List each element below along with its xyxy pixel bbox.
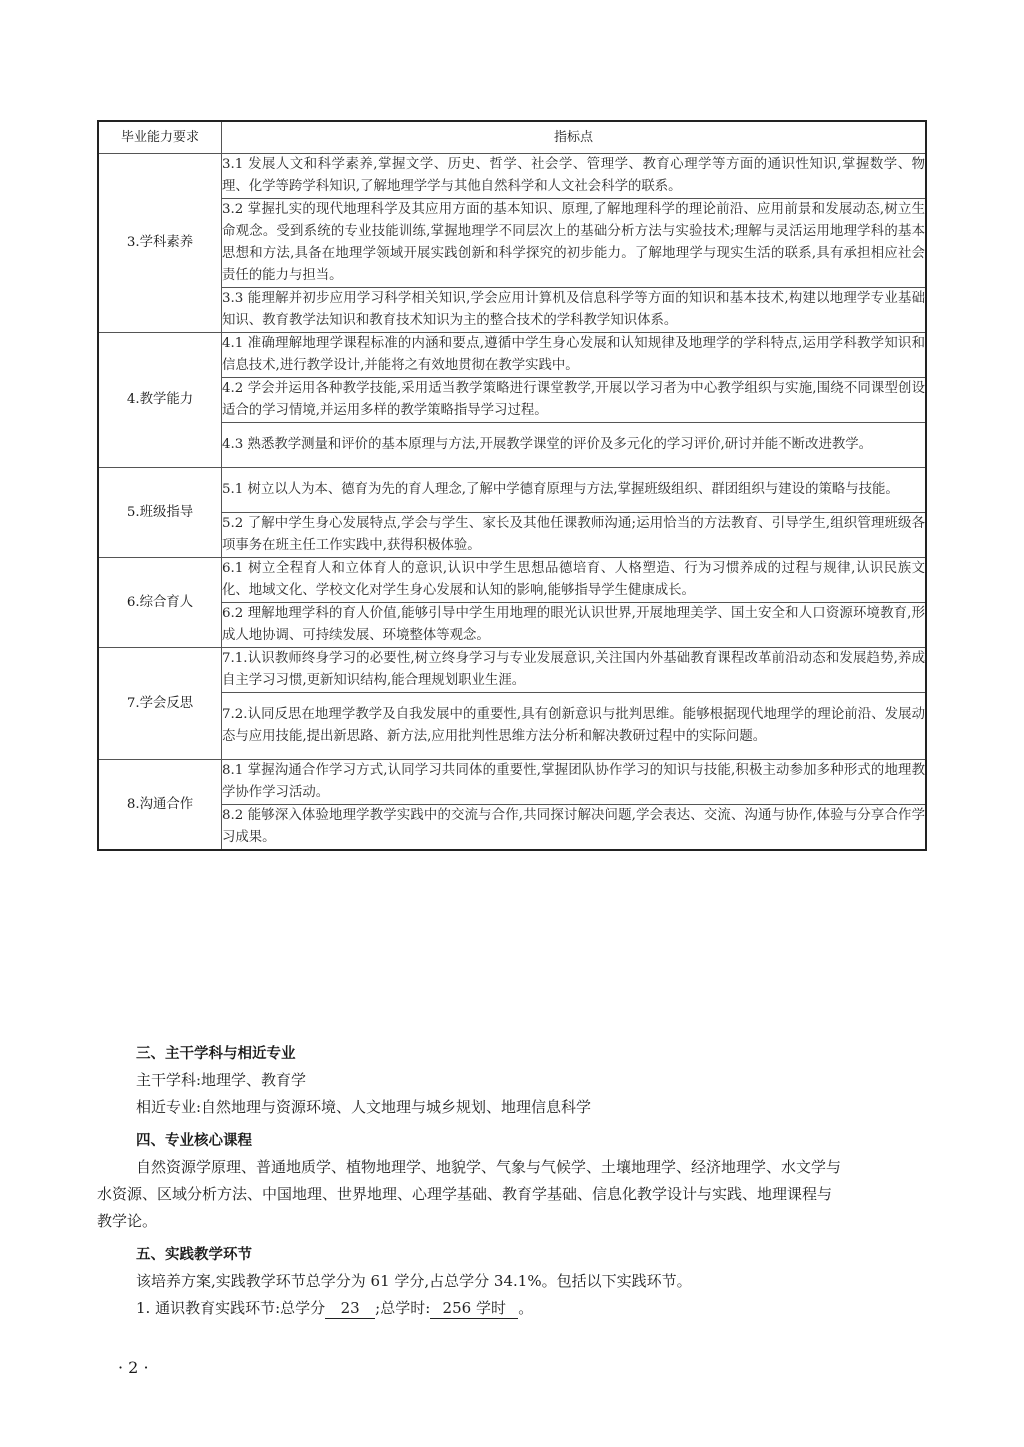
table-header-row: 毕业能力要求 指标点 <box>98 121 926 154</box>
indicator-cell: 5.1 树立以人为本、德育为先的育人理念,了解中学德育原理与方法,掌握班级组织、… <box>222 468 927 513</box>
table-row: 5.班级指导 5.1 树立以人为本、德育为先的育人理念,了解中学德育原理与方法,… <box>98 468 926 513</box>
hours-label: ;总学时: <box>375 1299 430 1317</box>
indicator-cell: 5.2 了解中学生身心发展特点,学会与学生、家长及其他任课教师沟通;运用恰当的方… <box>222 513 927 558</box>
hours-blank: 256 学时 <box>430 1298 518 1319</box>
category-cell: 4.教学能力 <box>98 333 222 468</box>
indicator-cell: 7.1.认识教师终身学习的必要性,树立终身学习与专业发展意识,关注国内外基础教育… <box>222 648 927 693</box>
core-courses-line-2: 水资源、区域分析方法、中国地理、世界地理、心理学基础、教育学基础、信息化教学设计… <box>97 1181 937 1208</box>
core-courses-line-3: 教学论。 <box>97 1208 157 1235</box>
practice-item-1-label: 1. 通识教育实践环节:总学分 <box>136 1299 325 1317</box>
main-subjects-text: 主干学科:地理学、教育学 <box>136 1067 306 1094</box>
table-row: 6.2 理解地理学科的育人价值,能够引导中学生用地理的眼光认识世界,开展地理美学… <box>98 603 926 648</box>
table-row: 8.2 能够深入体验地理学教学实践中的交流与合作,共同探讨解决问题,学会表达、交… <box>98 805 926 851</box>
related-majors-text: 相近专业:自然地理与资源环境、人文地理与城乡规划、地理信息科学 <box>136 1094 591 1121</box>
indicator-cell: 4.1 准确理解地理学课程标准的内涵和要点,遵循中学生身心发展和认知规律及地理学… <box>222 333 927 378</box>
indicator-cell: 6.2 理解地理学科的育人价值,能够引导中学生用地理的眼光认识世界,开展地理美学… <box>222 603 927 648</box>
indicator-cell: 6.1 树立全程育人和立体育人的意识,认识中学生思想品德培育、人格塑造、行为习惯… <box>222 558 927 603</box>
category-cell: 7.学会反思 <box>98 648 222 760</box>
practice-intro-text: 该培养方案,实践教学环节总学分为 61 学分,占总学分 34.1%。包括以下实践… <box>136 1268 692 1295</box>
core-courses-line-1: 自然资源学原理、普通地质学、植物地理学、地貌学、气象与气候学、土壤地理学、经济地… <box>136 1154 936 1181</box>
category-cell: 8.沟通合作 <box>98 760 222 851</box>
indicator-cell: 3.2 掌握扎实的现代地理科学及其应用方面的基本知识、原理,了解地理科学的理论前… <box>222 199 927 288</box>
table-row: 4.3 熟悉教学测量和评价的基本原理与方法,开展教学课堂的评价及多元化的学习评价… <box>98 423 926 468</box>
header-indicator: 指标点 <box>222 121 927 154</box>
category-cell: 3.学科素养 <box>98 154 222 333</box>
table-row: 6.综合育人 6.1 树立全程育人和立体育人的意识,认识中学生思想品德培育、人格… <box>98 558 926 603</box>
indicator-cell: 4.2 学会并运用各种教学技能,采用适当教学策略进行课堂教学,开展以学习者为中心… <box>222 378 927 423</box>
credits-blank: 23 <box>325 1298 375 1319</box>
indicator-cell: 4.3 熟悉教学测量和评价的基本原理与方法,开展教学课堂的评价及多元化的学习评价… <box>222 423 927 468</box>
indicator-cell: 3.1 发展人文和科学素养,掌握文学、历史、哲学、社会学、管理学、教育心理学等方… <box>222 154 927 199</box>
indicator-cell: 8.2 能够深入体验地理学教学实践中的交流与合作,共同探讨解决问题,学会表达、交… <box>222 805 927 851</box>
graduation-requirements-table: 毕业能力要求 指标点 3.学科素养 3.1 发展人文和科学素养,掌握文学、历史、… <box>97 120 927 851</box>
section-title-core-courses: 四、专业核心课程 <box>136 1129 252 1150</box>
page-number: · 2 · <box>118 1358 149 1377</box>
table-row: 4.2 学会并运用各种教学技能,采用适当教学策略进行课堂教学,开展以学习者为中心… <box>98 378 926 423</box>
indicator-cell: 8.1 掌握沟通合作学习方式,认同学习共同体的重要性,掌握团队协作学习的知识与技… <box>222 760 927 805</box>
category-cell: 6.综合育人 <box>98 558 222 648</box>
document-page: 毕业能力要求 指标点 3.学科素养 3.1 发展人文和科学素养,掌握文学、历史、… <box>0 0 1024 1447</box>
table-row: 4.教学能力 4.1 准确理解地理学课程标准的内涵和要点,遵循中学生身心发展和认… <box>98 333 926 378</box>
table-row: 3.3 能理解并初步应用学习科学相关知识,学会应用计算机及信息科学等方面的知识和… <box>98 288 926 333</box>
practice-item-1: 1. 通识教育实践环节:总学分23;总学时:256 学时。 <box>136 1295 533 1322</box>
indicator-cell: 3.3 能理解并初步应用学习科学相关知识,学会应用计算机及信息科学等方面的知识和… <box>222 288 927 333</box>
section-title-majors: 三、主干学科与相近专业 <box>136 1042 296 1063</box>
table-row: 7.学会反思 7.1.认识教师终身学习的必要性,树立终身学习与专业发展意识,关注… <box>98 648 926 693</box>
table-row: 5.2 了解中学生身心发展特点,学会与学生、家长及其他任课教师沟通;运用恰当的方… <box>98 513 926 558</box>
table-row: 3.2 掌握扎实的现代地理科学及其应用方面的基本知识、原理,了解地理科学的理论前… <box>98 199 926 288</box>
header-requirement: 毕业能力要求 <box>98 121 222 154</box>
indicator-cell: 7.2.认同反思在地理学教学及自我发展中的重要性,具有创新意识与批判思维。能够根… <box>222 693 927 760</box>
section-title-practice: 五、实践教学环节 <box>136 1243 252 1264</box>
table-row: 8.沟通合作 8.1 掌握沟通合作学习方式,认同学习共同体的重要性,掌握团队协作… <box>98 760 926 805</box>
period: 。 <box>518 1299 533 1317</box>
table-row: 7.2.认同反思在地理学教学及自我发展中的重要性,具有创新意识与批判思维。能够根… <box>98 693 926 760</box>
table-row: 3.学科素养 3.1 发展人文和科学素养,掌握文学、历史、哲学、社会学、管理学、… <box>98 154 926 199</box>
category-cell: 5.班级指导 <box>98 468 222 558</box>
